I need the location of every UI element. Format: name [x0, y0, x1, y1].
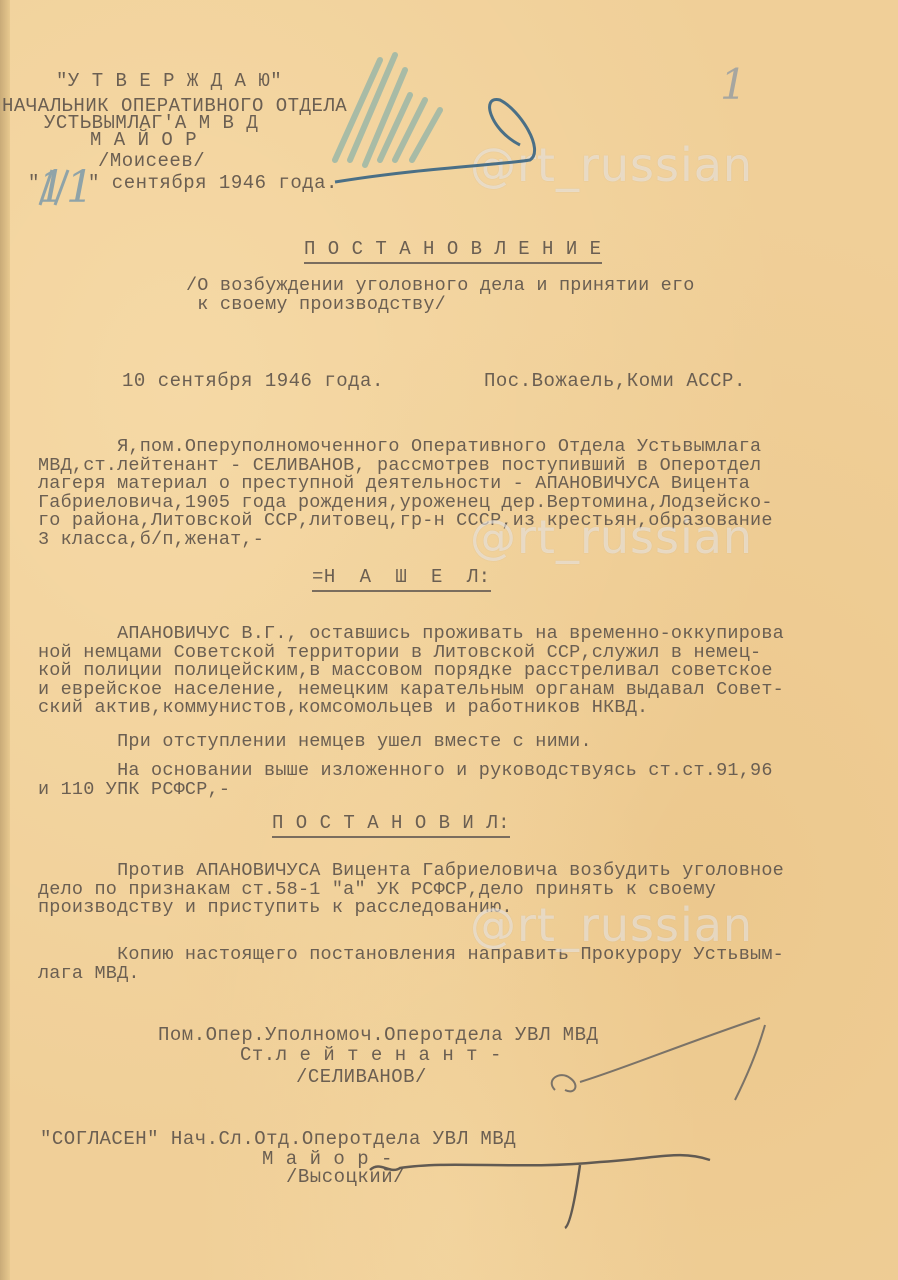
vysotsky-signature — [370, 1155, 710, 1228]
document-date: 10 сентября 1946 года. — [122, 372, 384, 390]
watermark: @rt_russian — [470, 898, 753, 952]
approval-rank: М А Й О Р — [90, 131, 197, 149]
approval-title: "У Т В Е Р Ж Д А Ю" — [56, 72, 282, 90]
page-number-handwritten: 1 — [720, 60, 747, 109]
agreed-position: "СОГЛАСЕН" Нач.Сл.Отд.Оперотдела УВЛ МВД — [40, 1130, 516, 1148]
found-heading: =Н А Ш Е Л: — [312, 568, 491, 586]
document-title: П О С Т А Н О В Л Е Н И Е — [304, 240, 602, 258]
findings-paragraph: АПАНОВИЧУС В.Г., оставшись проживать на … — [38, 625, 784, 718]
signatory-rank: Ст.л е й т е н а н т - — [240, 1046, 502, 1064]
basis-paragraph: На основании выше изложенного и руководс… — [38, 762, 773, 799]
approval-signature — [335, 55, 440, 165]
approval-date-day-handwritten: 11 — [38, 162, 94, 213]
agreed-name: /Высоцкий/ — [286, 1168, 405, 1186]
signatory-position: Пом.Опер.Уполномоч.Оперотдела УВЛ МВД — [158, 1026, 598, 1044]
retreat-paragraph: При отступлении немцев ушел вместе с ним… — [38, 733, 592, 752]
approval-name: /Моисеев/ — [98, 152, 205, 170]
document-place: Пос.Вожаель,Коми АССР. — [484, 372, 746, 390]
watermark: @rt_russian — [470, 138, 753, 192]
signatory-name: /СЕЛИВАНОВ/ — [296, 1068, 427, 1086]
approval-date: " сентября 1946 года. — [88, 174, 338, 192]
watermark: @rt_russian — [470, 510, 753, 564]
document-subtitle: /О возбуждении уголовного дела и приняти… — [186, 277, 695, 314]
paper-edge — [0, 0, 10, 1280]
resolved-heading: П О С Т А Н О В И Л: — [272, 814, 510, 832]
